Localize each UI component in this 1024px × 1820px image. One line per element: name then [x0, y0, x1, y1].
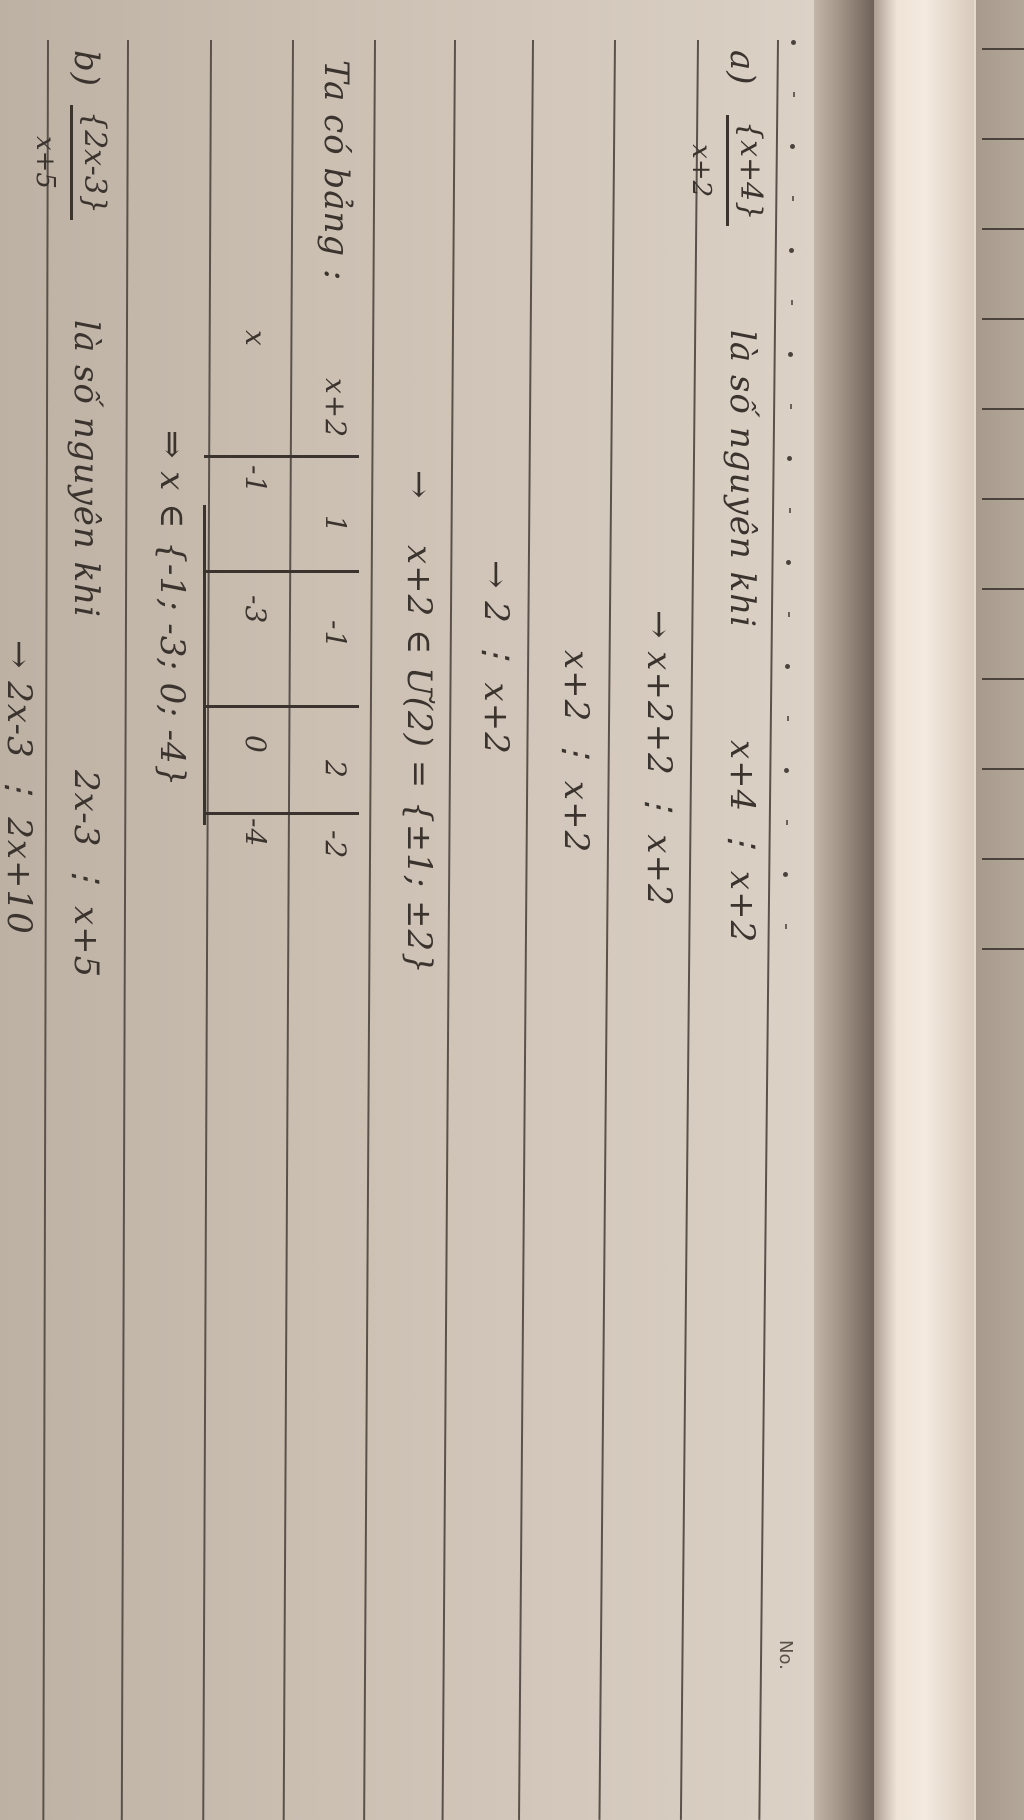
ruled-line-stub	[982, 858, 1024, 860]
part-a-condition-text: là số nguyên khi	[722, 330, 762, 628]
part-b-label: b)	[66, 50, 106, 87]
ruled-line	[202, 40, 212, 1820]
table-row-label-x: x	[239, 330, 272, 347]
ruled-line-stub	[982, 408, 1024, 410]
margin-dot	[790, 144, 795, 149]
part-a-numerator: {x+4}	[726, 115, 768, 226]
margin-dot	[786, 924, 788, 929]
table-cell: -4	[239, 818, 272, 847]
part-a-step4: x+2 ∈ Ư(2) = {±1; ±2}	[399, 545, 439, 975]
part-b-condition-expr: 2x-3 ⋮ x+5	[66, 770, 106, 978]
part-a-table-intro: Ta có bảng :	[316, 60, 356, 281]
ruled-line	[363, 40, 376, 1820]
margin-dot	[788, 352, 793, 357]
ruled-line-stub	[982, 228, 1024, 230]
part-a-fraction: {x+4} x+2	[686, 115, 768, 226]
margin-dot	[790, 508, 792, 513]
ruled-line-stub	[982, 768, 1024, 770]
ruled-line	[598, 40, 616, 1820]
table-cell: -1	[319, 620, 352, 649]
part-a-step2: x+2 ⋮ x+2	[556, 650, 596, 853]
ruled-line	[442, 40, 456, 1820]
ruled-line-stub	[982, 318, 1024, 320]
part-b-fraction: {2x-3} x+5	[30, 105, 112, 220]
margin-dot	[791, 404, 793, 409]
notebook-photo: No. a) {x+4} x+2 là số nguyên khi x+4 ⋮ …	[0, 0, 1024, 1820]
notebook-page: No. a) {x+4} x+2 là số nguyên khi x+4 ⋮ …	[0, 0, 1024, 1820]
part-a-step4-arrow: →	[399, 470, 439, 500]
margin-dot	[786, 560, 791, 565]
table-bottom-line	[203, 505, 206, 825]
table-row-label-x-plus-2: x+2	[319, 378, 352, 438]
margin-dot	[787, 456, 792, 461]
table-divider	[204, 705, 359, 708]
table-cell: -2	[319, 830, 352, 859]
table-cell: 0	[239, 735, 272, 754]
table-divider	[204, 812, 359, 815]
ruled-line	[42, 40, 49, 1820]
margin-dot	[792, 300, 794, 305]
ruled-line-stub	[982, 48, 1024, 50]
ruled-line-stub	[982, 588, 1024, 590]
margin-dot	[785, 664, 790, 669]
margin-dot	[788, 716, 790, 721]
table-divider	[204, 570, 359, 573]
part-b-numerator: {2x-3}	[70, 105, 112, 220]
part-a-condition-expr: x+4 ⋮ x+2	[722, 740, 762, 943]
part-a-denominator: x+2	[686, 115, 726, 226]
part-b-denominator: x+5	[30, 105, 70, 220]
ruled-line-stub	[982, 678, 1024, 680]
margin-dot	[783, 872, 788, 877]
margin-dot	[791, 40, 796, 45]
ruled-line-stub	[982, 948, 1024, 950]
part-a-conclusion: ⇒ x ∈ {-1; -3; 0; -4}	[152, 430, 192, 787]
page-fold-shadow	[814, 0, 874, 1820]
ruled-line-stub	[982, 498, 1024, 500]
margin-dot	[784, 768, 789, 773]
table-cell: -3	[239, 595, 272, 624]
header-no-label: No.	[775, 1640, 796, 1670]
margin-dot	[787, 820, 789, 825]
ruled-line	[518, 40, 534, 1820]
table-divider	[204, 455, 359, 458]
part-a-step3: → 2 ⋮ x+2	[476, 560, 516, 755]
part-a-step1: → x+2+2 ⋮ x+2	[639, 610, 679, 907]
part-b-step1: → 2x-3 ⋮ 2x+10	[0, 640, 39, 935]
page-fold-highlight	[864, 0, 974, 1820]
margin-dot	[793, 196, 795, 201]
ruled-line	[283, 40, 294, 1820]
part-b-condition-text: là số nguyên khi	[66, 320, 106, 618]
margin-dot	[794, 92, 796, 97]
ruled-line	[121, 40, 129, 1820]
ruled-line-stub	[982, 138, 1024, 140]
table-cell: 2	[319, 760, 352, 779]
table-cell: -1	[239, 465, 272, 494]
margin-dot	[789, 248, 794, 253]
ruled-line	[680, 40, 699, 1820]
part-a-label: a)	[722, 50, 762, 86]
table-cell: 1	[319, 515, 352, 534]
previous-page-edge	[976, 0, 1024, 1820]
margin-dot	[789, 612, 791, 617]
